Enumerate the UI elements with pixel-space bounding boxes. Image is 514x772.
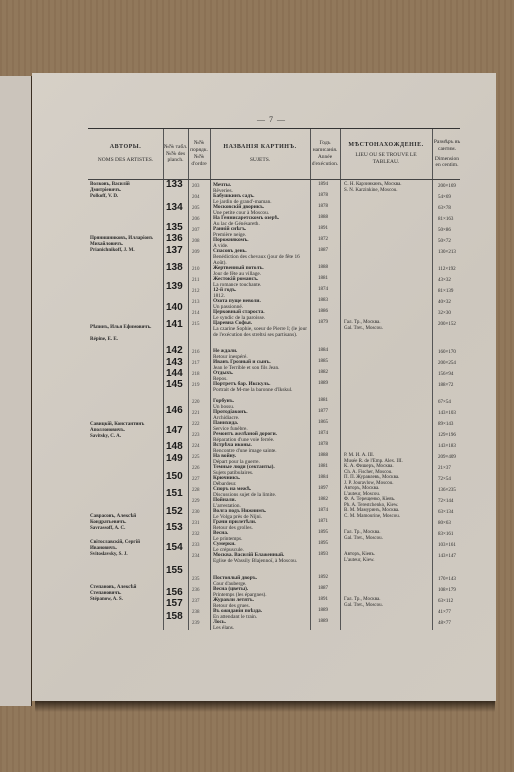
author-name-ru: Рѣпинъ, Илья Ефимовичъ.: [90, 325, 162, 331]
work-dimensions: 112×192: [438, 267, 456, 273]
work-year: 1865: [318, 420, 328, 426]
work-dimensions: 50×86: [438, 228, 451, 234]
work-year: 1892: [318, 575, 328, 581]
author-name-latin: Svitoslavsky, S. J.: [90, 552, 128, 558]
location-fr: Gal. Tret., Moscou.: [344, 536, 383, 542]
work-title-fr: Benédiction des chevaux (jour de fête 16…: [213, 254, 308, 266]
order-number: 223: [192, 433, 200, 439]
work-dimensions: 63×134: [438, 510, 453, 516]
plate-number: 150: [166, 474, 183, 480]
work-year: 1878: [318, 442, 328, 448]
work-dimensions: 188×72: [438, 383, 453, 389]
table-body: Волковъ, Василій Дмитріевичъ.Polkoff, V.…: [88, 180, 460, 605]
work-dimensions: 143×147: [438, 554, 456, 560]
work-title-fr: Eglise de Wassily Blajennoï, à Moscou.: [213, 558, 308, 564]
page-number: — 7 —: [257, 115, 286, 124]
order-number: 203: [192, 184, 200, 190]
work-dimensions: 130×213: [438, 250, 456, 256]
order-number: 214: [192, 311, 200, 317]
order-number: 215: [192, 322, 200, 328]
order-number: 227: [192, 477, 200, 483]
author-name-ru: Прянишниковъ, Илларіонъ Михайловичъ.: [90, 236, 162, 248]
plate-number: 153: [166, 525, 183, 531]
author-name-latin: Savitsky, C. A.: [90, 434, 121, 440]
work-dimensions: 81×163: [438, 217, 453, 223]
work-title-fr: Portrait de M-me la baronne d'Ikskul.: [213, 387, 308, 393]
order-number: 205: [192, 206, 200, 212]
work-year: 1891: [318, 597, 328, 603]
order-number: 233: [192, 543, 200, 549]
plate-number: 133: [166, 182, 183, 188]
work-dimensions: 72×144: [438, 499, 453, 505]
work-dimensions: 63×78: [438, 206, 451, 212]
order-number: 208: [192, 239, 200, 245]
work-dimensions: 156×94: [438, 372, 453, 378]
work-year: 1889: [318, 381, 328, 387]
plate-number: 154: [166, 545, 183, 551]
order-number: 213: [192, 300, 200, 306]
order-number: 222: [192, 422, 200, 428]
order-number: 225: [192, 455, 200, 461]
table-header: АВТОРЫ. NOMS DES ARTISTES. №№ табл. №№ d…: [88, 129, 460, 180]
location-fr: S. N. Karzinkine, Moscou.: [344, 188, 397, 194]
author-name-ru: Савицкій, Константинъ Аполлоновичъ.: [90, 422, 162, 434]
work-year: 1895: [318, 541, 328, 547]
order-number: 226: [192, 466, 200, 472]
author-name-latin: Savrassoff, A. C.: [90, 526, 125, 532]
work-dimensions: 63×112: [438, 599, 453, 605]
work-dimensions: 143×183: [438, 444, 456, 450]
order-number: 216: [192, 350, 200, 356]
header-authors: АВТОРЫ. NOMS DES ARTISTES.: [88, 129, 163, 179]
author-name-latin: Stépanow, A. S.: [90, 597, 123, 603]
plate-number: 158: [166, 614, 183, 620]
catalogue-page: — 7 — АВТОРЫ. NOMS DES ARTISTES. №№ табл…: [32, 73, 496, 701]
order-number: 220: [192, 400, 200, 406]
work-year: 1888: [318, 265, 328, 271]
work-title-fr: La czarine Sophie, soeur de Pierre I; (l…: [213, 326, 308, 338]
order-number: 204: [192, 195, 200, 201]
order-number: 231: [192, 521, 200, 527]
order-number: 224: [192, 444, 200, 450]
plate-number: 147: [166, 428, 183, 434]
plate-number: 144: [166, 371, 183, 377]
work-dimensions: 103×161: [438, 543, 456, 549]
work-dimensions: 43×32: [438, 278, 451, 284]
author-name-ru: Саврасовъ, Алексѣй Кондратьевичъ.: [90, 514, 162, 526]
work-dimensions: 21×37: [438, 466, 451, 472]
location-fr: Gal. Tret., Moscou.: [344, 326, 383, 332]
order-number: 228: [192, 488, 200, 494]
work-year: 1877: [318, 409, 328, 415]
work-year: 1884: [318, 475, 328, 481]
work-year: 1874: [318, 431, 328, 437]
work-year: 1891: [318, 226, 328, 232]
work-year: 1895: [318, 530, 328, 536]
plate-number: 145: [166, 382, 183, 388]
work-year: 1872: [318, 237, 328, 243]
order-number: 237: [192, 599, 200, 605]
work-dimensions: 80×63: [438, 521, 451, 527]
work-year: 1888: [318, 453, 328, 459]
header-year: Годъ написанія. Année d'exécution.: [310, 129, 340, 179]
plate-number: 135: [166, 225, 183, 231]
work-dimensions: 50×72: [438, 239, 451, 245]
plate-number: 143: [166, 360, 183, 366]
order-number: 206: [192, 217, 200, 223]
author-name-ru: Світославскій, Сергій Ивановичъ.: [90, 540, 162, 552]
work-year: 1884: [318, 348, 328, 354]
work-dimensions: 136×235: [438, 488, 456, 494]
work-year: 1883: [318, 298, 328, 304]
work-dimensions: 200×169: [438, 184, 456, 190]
catalogue-table: АВТОРЫ. NOMS DES ARTISTES. №№ табл. №№ d…: [88, 128, 460, 605]
order-number: 236: [192, 588, 200, 594]
work-dimensions: 54×69: [438, 195, 451, 201]
work-dimensions: 89×143: [438, 422, 453, 428]
plate-number: 140: [166, 305, 183, 311]
plate-number: 137: [166, 248, 183, 254]
previous-page-edge: [0, 76, 32, 706]
work-year: 1871: [318, 519, 328, 525]
work-year: 1893: [318, 552, 328, 558]
work-year: 1882: [318, 370, 328, 376]
work-year: 1878: [318, 193, 328, 199]
plate-number: 157: [166, 601, 183, 607]
work-dimensions: 72×54: [438, 477, 451, 483]
work-year: 1888: [318, 215, 328, 221]
order-number: 219: [192, 383, 200, 389]
work-year: 1881: [318, 276, 328, 282]
work-year: 1874: [318, 287, 328, 293]
work-dimensions: 48×77: [438, 621, 451, 627]
work-year: 1886: [318, 309, 328, 315]
plate-number: 134: [166, 205, 183, 211]
header-plate-number: №№ табл. №№ des planch.: [163, 129, 188, 179]
header-order-number: №№ порядк. №№ d'ordre: [188, 129, 210, 179]
author-name-latin: Répine, E. E.: [90, 337, 118, 343]
plate-number: 142: [166, 348, 183, 354]
author-name-ru: Степановъ, Алексѣй Степановичъ.: [90, 585, 162, 597]
work-year: 1881: [318, 398, 328, 404]
work-dimensions: 209×409: [438, 455, 456, 461]
work-dimensions: 170×143: [438, 577, 456, 583]
order-number: 239: [192, 621, 200, 627]
work-year: 1889: [318, 608, 328, 614]
work-dimensions: 160×170: [438, 350, 456, 356]
work-year: 1885: [318, 359, 328, 365]
order-number: 212: [192, 289, 200, 295]
order-number: 218: [192, 372, 200, 378]
work-dimensions: 108×179: [438, 588, 456, 594]
order-number: 229: [192, 499, 200, 505]
work-dimensions: 143×103: [438, 411, 456, 417]
plate-number: 136: [166, 236, 183, 242]
work-dimensions: 41×77: [438, 610, 451, 616]
plate-number: 146: [166, 408, 183, 414]
order-number: 230: [192, 510, 200, 516]
order-number: 234: [192, 554, 200, 560]
header-location: МѢСТОНАХОЖДЕНІЕ. LIEU OU SE TROUVE LE TA…: [340, 129, 432, 179]
plate-number: 149: [166, 456, 183, 462]
plate-number: 156: [166, 590, 183, 596]
header-dimensions: Размѣръ въ сантим. Dimension en centim.: [432, 129, 462, 179]
order-number: 221: [192, 411, 200, 417]
work-dimensions: 40×32: [438, 300, 451, 306]
order-number: 210: [192, 267, 200, 273]
location-fr: Gal. Tret., Moscou.: [344, 603, 383, 609]
order-number: 232: [192, 532, 200, 538]
author-name-latin: Prianichnikoff, J. M.: [90, 248, 135, 254]
header-title: НАЗВАНІЯ КАРТИНЪ. SUJETS.: [210, 129, 310, 179]
order-number: 211: [192, 278, 199, 284]
author-name-latin: Polkoff, V. D.: [90, 194, 118, 200]
work-year: 1878: [318, 204, 328, 210]
plate-number: 141: [166, 322, 183, 328]
plate-number: 139: [166, 284, 183, 290]
plate-number: 148: [166, 444, 183, 450]
plate-number: 151: [166, 491, 183, 497]
work-year: 1882: [318, 497, 328, 503]
work-year: 1897: [318, 486, 328, 492]
work-dimensions: 200×152: [438, 322, 456, 328]
work-dimensions: 200×254: [438, 361, 456, 367]
work-year: 1894: [318, 182, 328, 188]
order-number: 217: [192, 361, 200, 367]
work-dimensions: 129×196: [438, 433, 456, 439]
order-number: 207: [192, 228, 200, 234]
work-title-fr: Les élans.: [213, 625, 308, 631]
work-dimensions: 83×161: [438, 532, 453, 538]
work-year: 1874: [318, 508, 328, 514]
order-number: 209: [192, 250, 200, 256]
work-dimensions: 67×54: [438, 400, 451, 406]
author-name-ru: Волковъ, Василій Дмитріевичъ.: [90, 182, 162, 194]
work-year: 1879: [318, 320, 328, 326]
plate-number: 138: [166, 265, 183, 271]
location-fr: L'auteur, Kiew.: [344, 558, 375, 564]
work-year: 1881: [318, 464, 328, 470]
work-year: 1887: [318, 248, 328, 254]
work-dimensions: 32×30: [438, 311, 451, 317]
work-year: 1887: [318, 586, 328, 592]
order-number: 238: [192, 610, 200, 616]
plate-number: 155: [166, 568, 183, 574]
work-dimensions: 81×139: [438, 289, 453, 295]
plate-number: 152: [166, 509, 183, 515]
order-number: 235: [192, 577, 200, 583]
work-year: 1889: [318, 619, 328, 625]
location-fr: C. M. Mamourine, Moscou.: [344, 514, 400, 520]
